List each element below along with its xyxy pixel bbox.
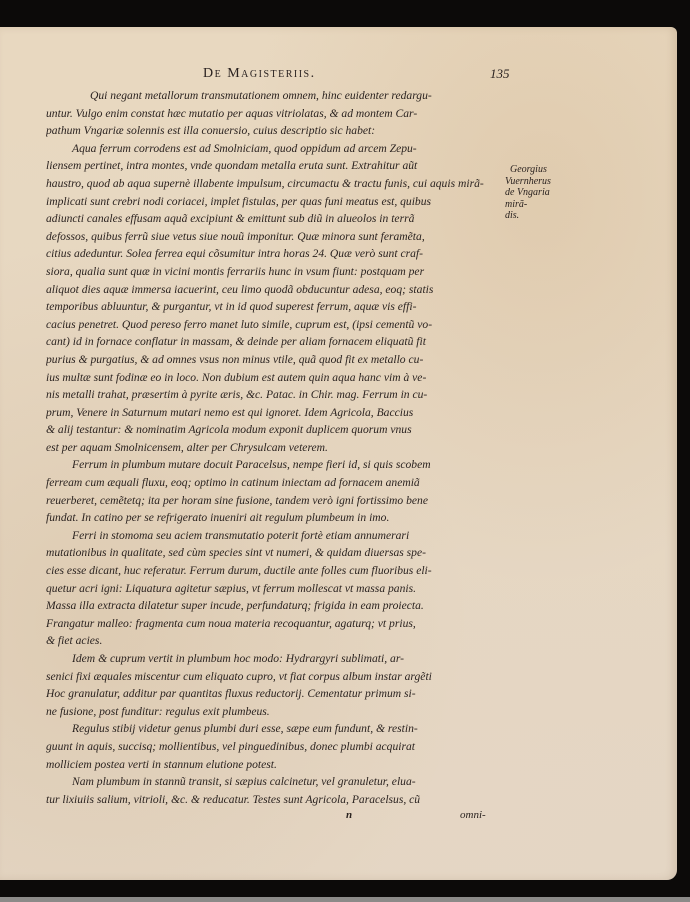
text-line: mutationibus in qualitate, sed cùm speci… (46, 544, 518, 562)
body-text: Qui negant metallorum transmutationem om… (46, 87, 518, 808)
text-line: ius multæ sunt fodinæ eo in loco. Non du… (46, 369, 518, 387)
text-line: tur lixiuiis salium, vitrioli, &c. & red… (46, 791, 518, 809)
text-line: haustro, quod ab aqua supernè illabente … (46, 175, 518, 193)
text-line: Qui negant metallorum transmutationem om… (46, 87, 518, 105)
marginal-line: Georgius (505, 164, 551, 176)
marginal-line: de Vngaria (505, 187, 551, 199)
text-line: untur. Vulgo enim constat hæc mutatio pe… (46, 105, 518, 123)
catchword: omni- (460, 809, 486, 821)
text-line: molliciem postea verti in stannum elutio… (46, 756, 518, 774)
text-line: Massa illa extracta dilatetur super incu… (46, 597, 518, 615)
text-line: & fiet acies. (46, 632, 518, 650)
page-footer: n omni- (0, 809, 677, 825)
text-line: pathum Vngariæ solennis est illa conuers… (46, 122, 518, 140)
text-line: guunt in aquis, succisq; mollientibus, v… (46, 738, 518, 756)
text-line: cies esse dicant, huc referatur. Ferrum … (46, 562, 518, 580)
text-line: Nam plumbum in stannũ transit, si sæpius… (46, 773, 518, 791)
text-line: fundat. In catino per se refrigerato inu… (46, 509, 518, 527)
text-line: defossos, quibus ferrũ siue vetus siue n… (46, 228, 518, 246)
text-line: adiuncti canales effusam aquã excipiunt … (46, 210, 518, 228)
text-line: cant) id in fornace conflatur in massam,… (46, 333, 518, 351)
text-line: reuerberet, cemẽtetq; ita per horam sine… (46, 492, 518, 510)
text-line: ferream cum æquali fluxu, eoq; optimo in… (46, 474, 518, 492)
text-line: & alij testantur: & nominatim Agricola m… (46, 421, 518, 439)
text-line: Idem & cuprum vertit in plumbum hoc modo… (46, 650, 518, 668)
text-line: cacius penetret. Quod pereso ferro manet… (46, 316, 518, 334)
page-header: De Magisteriis. 135 (0, 66, 677, 86)
text-line: aliquot dies aquæ immersa iacuerint, ceu… (46, 281, 518, 299)
text-line: Regulus stibij videtur genus plumbi duri… (46, 720, 518, 738)
text-line: Frangatur malleo: fragmenta cum noua mat… (46, 615, 518, 633)
text-line: quetur acri igni: Liquatura agitetur sæp… (46, 580, 518, 598)
page-number: 135 (490, 66, 510, 82)
scanner-edge (0, 897, 690, 902)
running-title: De Magisteriis. (203, 66, 316, 82)
text-line: senici fixi æquales miscentur cum eliqua… (46, 668, 518, 686)
marginal-note: Georgius Vuernherus de Vngaria mirã- dis… (505, 164, 551, 222)
text-line: implicati sunt crebri nodi coriacei, imp… (46, 193, 518, 211)
text-line: ne fusione, post funditur: regulus exit … (46, 703, 518, 721)
text-line: Ferrum in plumbum mutare docuit Paracels… (46, 456, 518, 474)
marginal-line: dis. (505, 210, 551, 222)
marginal-line: Vuernherus (505, 176, 551, 188)
text-line: Hoc granulatur, additur par quantitas fl… (46, 685, 518, 703)
text-line: nis metalli trahat, præsertim à pyrite æ… (46, 386, 518, 404)
text-line: temporibus abluuntur, & purgantur, vt in… (46, 298, 518, 316)
text-line: prum, Venere in Saturnum mutari nemo est… (46, 404, 518, 422)
text-line: liensem pertinet, intra montes, vnde quo… (46, 157, 518, 175)
signature-mark: n (346, 809, 352, 821)
text-line: citius adeduntur. Solea ferrea equi cõsu… (46, 245, 518, 263)
text-line: purius & purgatius, & ad omnes vsus non … (46, 351, 518, 369)
marginal-line: mirã- (505, 199, 551, 211)
text-line: est per aquam Smolnicensem, alter per Ch… (46, 439, 518, 457)
text-line: Ferri in stomoma seu aciem transmutatio … (46, 527, 518, 545)
book-page: De Magisteriis. 135 Qui negant metalloru… (0, 27, 677, 880)
text-line: siora, qualia sunt quæ in vicini montis … (46, 263, 518, 281)
text-line: Aqua ferrum corrodens est ad Smolniciam,… (46, 140, 518, 158)
